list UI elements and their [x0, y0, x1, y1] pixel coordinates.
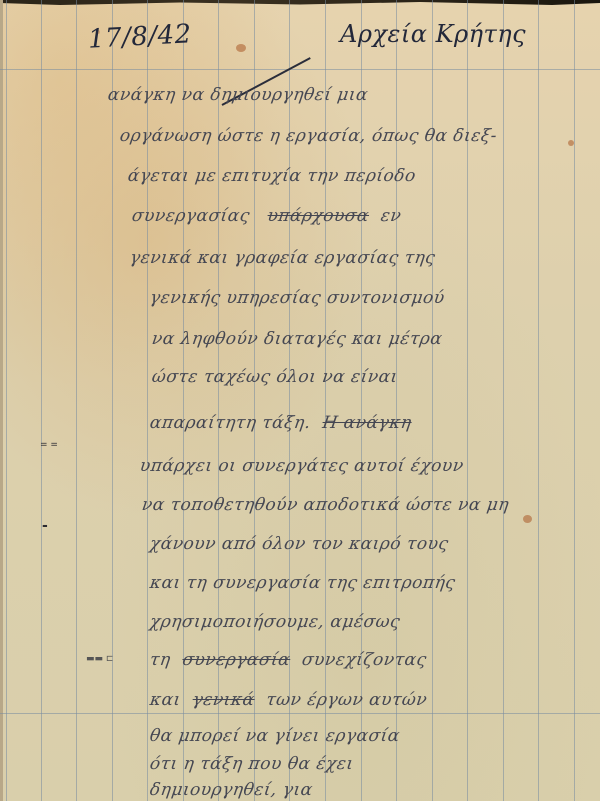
grid-line: [538, 0, 539, 801]
line-16-text: και: [149, 690, 183, 710]
margin-mark: -: [42, 518, 48, 534]
rust-stain: [523, 515, 532, 523]
grid-line: [183, 0, 184, 801]
text-line-16: και γενικά των έργων αυτών: [149, 690, 429, 710]
margin-mark: ▬▬ ⊏: [86, 654, 113, 664]
document-heading: Αρχεία Κρήτης: [340, 20, 526, 48]
crossed-out-word: Η ανάγκη: [321, 413, 413, 433]
line-9-text: απαραίτητη τάξη.: [149, 413, 313, 433]
crossed-out-word: υπάρχουσα: [266, 206, 370, 226]
grid-line: [76, 0, 77, 801]
grid-line: [41, 0, 42, 801]
grid-line-horizontal: [0, 69, 600, 70]
text-line-3: άγεται με επιτυχία την περίοδο: [127, 166, 418, 186]
text-line-8: ώστε ταχέως όλοι να είναι: [151, 367, 400, 387]
grid-line: [289, 0, 290, 801]
grid-line: [218, 0, 219, 801]
document-date: 17/8/42: [87, 19, 192, 54]
grid-line: [574, 0, 575, 801]
text-line-17: θα μπορεί να γίνει εργασία: [149, 726, 402, 746]
text-line-7: να ληφθούν διαταγές και μέτρα: [151, 329, 444, 349]
paper-left-edge: [0, 0, 3, 801]
line-15-tail: συνεχίζοντας: [301, 650, 428, 670]
line-16-tail: των έργων αυτών: [265, 690, 429, 710]
crossed-out-word: γενικά: [191, 690, 256, 710]
line-4-tail: εν: [379, 206, 402, 226]
grid-line-horizontal: [0, 713, 600, 714]
text-line-10: υπάρχει οι συνεργάτες αυτοί έχουν: [139, 456, 465, 476]
text-line-2: οργάνωση ώστε η εργασία, όπως θα διεξ-: [119, 126, 499, 146]
grid-line: [361, 0, 362, 801]
crossed-out-word: συνεργασία: [181, 650, 292, 670]
margin-mark: = =: [40, 440, 58, 450]
text-line-6: γενικής υπηρεσίας συντονισμού: [149, 288, 446, 308]
grid-line: [432, 0, 433, 801]
text-line-9: απαραίτητη τάξη. Η ανάγκη: [149, 413, 413, 433]
grid-line: [6, 0, 7, 801]
rust-stain: [236, 44, 246, 52]
grid-line: [254, 0, 255, 801]
grid-line: [325, 0, 326, 801]
grid-line: [467, 0, 468, 801]
grid-line: [503, 0, 504, 801]
text-line-18: ότι η τάξη που θα έχει: [149, 754, 355, 774]
text-line-14: χρησιμοποιήσουμε, αμέσως: [149, 612, 402, 632]
text-line-12: χάνουν από όλον τον καιρό τους: [149, 534, 450, 554]
text-line-4: συνεργασίας υπάρχουσα εν: [131, 206, 403, 226]
text-line-1: ανάγκη να δημιουργηθεί μια: [107, 85, 370, 105]
grid-line: [396, 0, 397, 801]
text-line-5: γενικά και γραφεία εργασίας της: [129, 248, 437, 268]
manuscript-page: 17/8/42 Αρχεία Κρήτης ανάγκη να δημιουργ…: [0, 0, 600, 801]
line-15-text: τη: [149, 650, 172, 670]
grid-line: [112, 0, 113, 801]
grid-line: [147, 0, 148, 801]
text-line-13: και τη συνεργασία της επιτροπής: [149, 573, 457, 593]
text-line-19: δημιουργηθεί, για: [149, 780, 314, 800]
line-4-text: συνεργασίας: [131, 206, 252, 226]
text-line-11: να τοποθετηθούν αποδοτικά ώστε να μη: [141, 495, 511, 515]
text-line-15: τη συνεργασία συνεχίζοντας: [149, 650, 428, 670]
rust-stain: [568, 140, 574, 146]
torn-top-edge: [0, 0, 600, 5]
